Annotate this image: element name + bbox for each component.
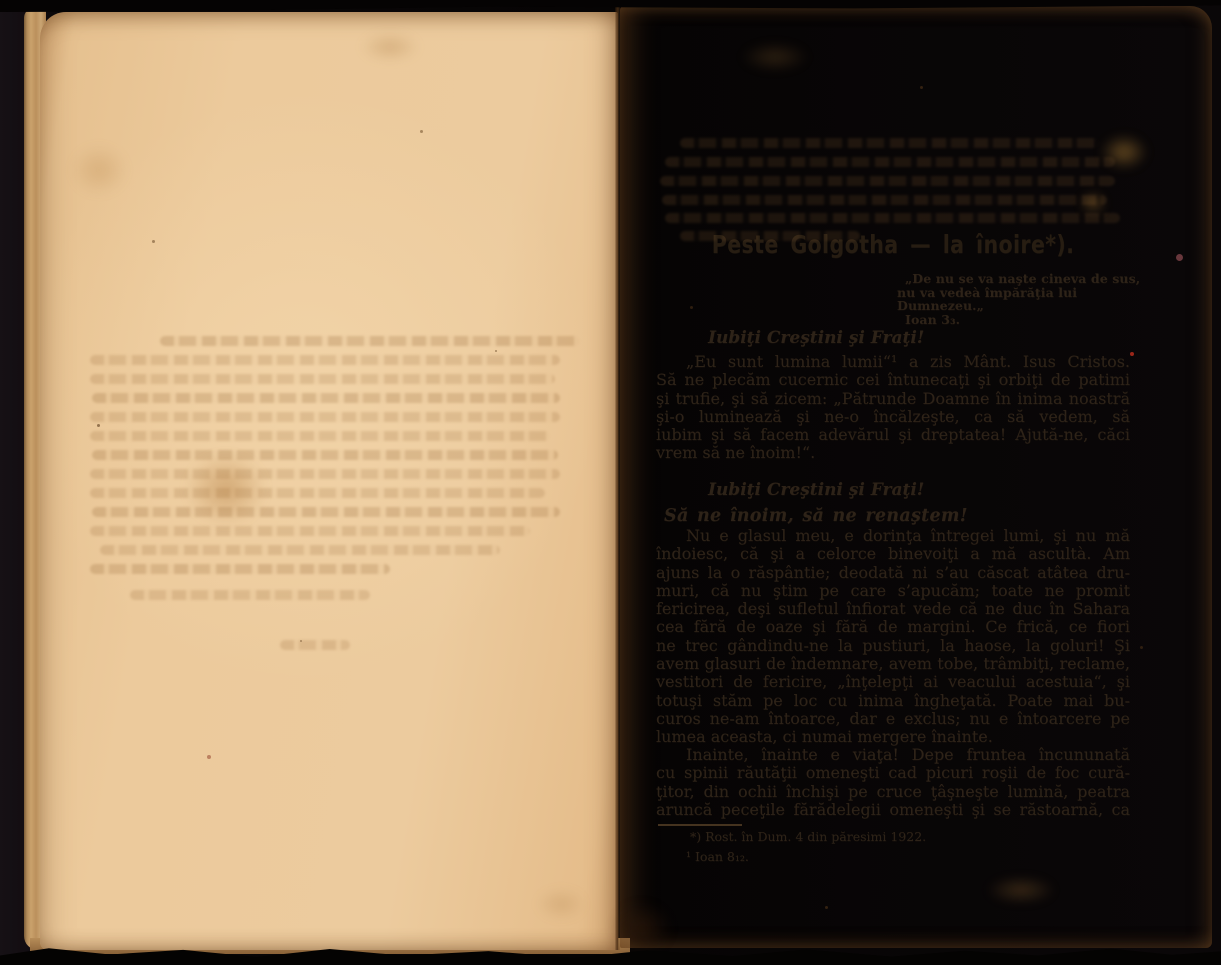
book-photo: Peste Golgotha — la înoire*). „De nu se … — [0, 0, 1221, 965]
speck — [495, 350, 497, 352]
bleedthrough-line — [92, 393, 560, 403]
text-line: şi trufie, şi să zicem: „Pătrunde Doamne… — [656, 390, 1130, 408]
speck — [825, 906, 828, 909]
gutter-crease — [615, 6, 620, 950]
text-line: „Eu sunt lumina lumii“¹ a zis Mânt. Isus… — [656, 353, 1130, 371]
bleedthrough-line — [90, 374, 555, 384]
stain — [986, 876, 1056, 904]
stain — [185, 452, 267, 526]
left-page — [40, 12, 618, 950]
bleedthrough-line — [90, 412, 560, 422]
salutation-1: Iubiţi Creştini şi Fraţi! — [656, 328, 1130, 348]
text-line: ajuns la o răspântie; deodată ni s’au că… — [656, 564, 1130, 582]
scripture-epigraph: „De nu se va naşte cineva de sus,nu va v… — [905, 272, 1157, 326]
bleedthrough-line — [90, 526, 530, 536]
bleedthrough-line — [665, 213, 1120, 223]
text-line: ţitor, din ochii închişi pe cruce ţâşneş… — [656, 783, 1130, 801]
text-line: cu spinii răutăţii omeneşti cad picuri r… — [656, 764, 1130, 782]
speck — [690, 306, 693, 309]
text-line: muri, că nu ştim pe care s’apucăm; toate… — [656, 582, 1130, 600]
bleedthrough-line — [130, 590, 370, 600]
bleedthrough-line — [680, 231, 860, 241]
salutation-2: Iubiţi Creştini şi Fraţi! — [656, 480, 1130, 500]
text-line: Să ne plecăm cucernic cei întunecaţi şi … — [656, 371, 1130, 389]
footnote-rule — [658, 824, 742, 826]
text-line: ne trec gândindu-ne la pustiuri, la haos… — [656, 637, 1130, 655]
text-line: vestitori de fericire, „înţelepţi ai vea… — [656, 673, 1130, 691]
speck — [300, 640, 302, 642]
stain — [612, 902, 672, 954]
bleedthrough-line — [90, 469, 560, 479]
text-line: curos ne-am întoarce, dar e exclus; nu e… — [656, 710, 1130, 728]
text-line: totuşi stăm pe loc cu inima îngheţată. P… — [656, 692, 1130, 710]
stain — [360, 32, 420, 62]
bleedthrough-line — [92, 450, 558, 460]
text-line: iubim şi să facem adevărul şi dreptatea!… — [656, 426, 1130, 444]
speck — [1130, 352, 1134, 356]
bleedthrough-line — [280, 640, 350, 650]
text-line: fericirea, deşi sufletul înfiorat vede c… — [656, 600, 1130, 618]
speck — [420, 130, 423, 133]
bleedthrough-line — [90, 431, 550, 441]
text-line: Ioan 3₃. — [905, 313, 1157, 327]
text-line: „De nu se va naşte cineva de sus, — [905, 272, 1157, 286]
paragraph-3: Inainte, înainte e viaţa! Depe fruntea î… — [656, 746, 1130, 819]
stain — [740, 42, 810, 72]
text-line: Inainte, înainte e viaţa! Depe fruntea î… — [656, 746, 1130, 764]
stain — [1080, 192, 1106, 214]
speck — [920, 86, 923, 89]
bleedthrough-line — [660, 176, 1115, 186]
stain — [70, 144, 128, 196]
stain — [1100, 134, 1148, 170]
speck — [1176, 254, 1183, 261]
bleedthrough-line — [100, 545, 500, 555]
bleedthrough-line — [662, 195, 1107, 205]
text-line: aruncă peceţile fărădelegii omeneşti şi … — [656, 801, 1130, 819]
speck — [207, 755, 211, 759]
stain — [536, 888, 586, 920]
bleedthrough-line — [680, 138, 1100, 148]
bleedthrough-line — [90, 488, 545, 498]
text-line: nu va vedeà împărăţia lui Dumnezeu.„ — [897, 286, 1157, 313]
text-line: lumea aceasta, ci numai mergere înainte. — [656, 728, 1130, 746]
exhortation-line: Să ne înoim, să ne renaştem! — [656, 506, 1130, 526]
bleedthrough-line — [160, 336, 580, 346]
speck — [97, 424, 100, 427]
paragraph-1: „Eu sunt lumina lumii“¹ a zis Mânt. Isus… — [656, 353, 1130, 463]
bleedthrough-line — [665, 157, 1115, 167]
text-line: şi-o luminează şi ne-o încălzeşte, ca să… — [656, 408, 1130, 426]
text-line: vrem să ne înoim!“. — [656, 444, 1130, 462]
bleedthrough-line — [92, 507, 560, 517]
text-line: îndoiesc, că şi a celorce binevoiţi a mă… — [656, 545, 1130, 563]
footnote-2: ¹ Ioan 8₁₂. — [656, 849, 1130, 864]
footnote-1: *) Rost. în Dum. 4 din păresimi 1922. — [656, 829, 1130, 844]
speck — [152, 240, 155, 243]
right-page: Peste Golgotha — la înoire*). „De nu se … — [620, 6, 1212, 948]
bleedthrough-line — [90, 355, 560, 365]
text-line: Nu e glasul meu, e dorinţa întregei lumi… — [656, 527, 1130, 545]
bleedthrough-line — [90, 564, 390, 574]
speck — [1140, 646, 1143, 649]
text-line: avem glasuri de îndemnare, avem tobe, tr… — [656, 655, 1130, 673]
paragraph-2: Nu e glasul meu, e dorinţa întregei lumi… — [656, 527, 1130, 747]
text-line: cea fără de oaze şi fără de margini. Ce … — [656, 618, 1130, 636]
